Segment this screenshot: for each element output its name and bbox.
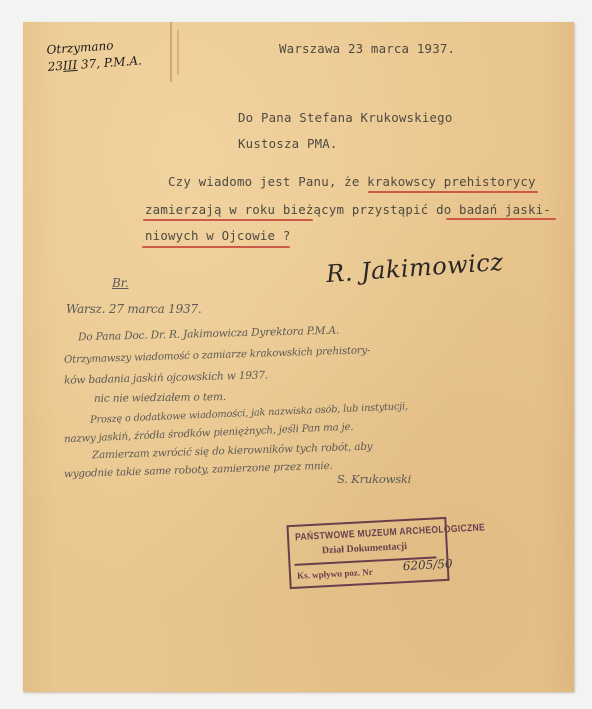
red-underline — [142, 246, 290, 248]
reply-signature: S. Krukowski — [337, 472, 411, 486]
reply-line: nic nie wiedziałem o tem. — [94, 391, 226, 405]
letter-body-line-3: niowych w Ojcowie ? — [145, 228, 291, 243]
letter-body-line-1: Czy wiadomo jest Panu, że krakowscy preh… — [168, 174, 536, 189]
place-date: Warszawa 23 marca 1937. — [279, 41, 455, 56]
letter-body-line-2: zamierzają w roku bieżącym przystąpić do… — [145, 202, 551, 217]
red-underline — [446, 218, 556, 220]
stamp-register-number: 6205/50 — [402, 557, 453, 574]
stamp-register-label: Ks. wpływu poz. Nr — [297, 567, 373, 581]
paper-crease-mark — [170, 22, 172, 82]
addressee-name: Do Pana Stefana Krukowskiego — [238, 110, 452, 125]
reply-heading: Br. — [112, 276, 128, 290]
addressee-title: Kustosza PMA. — [238, 136, 338, 151]
received-annotation: Otrzymano 23III 37, P.M.A. — [46, 35, 142, 75]
archive-stamp: PAŃSTWOWE MUZEUM ARCHEOLOGICZNE Dział Do… — [286, 517, 449, 589]
stamp-department: Dział Dokumentacji — [322, 541, 408, 556]
red-underline — [368, 191, 538, 193]
paper-crease-mark — [177, 30, 179, 75]
red-underline — [143, 219, 313, 221]
reply-date: Warsz. 27 marca 1937. — [66, 302, 202, 316]
